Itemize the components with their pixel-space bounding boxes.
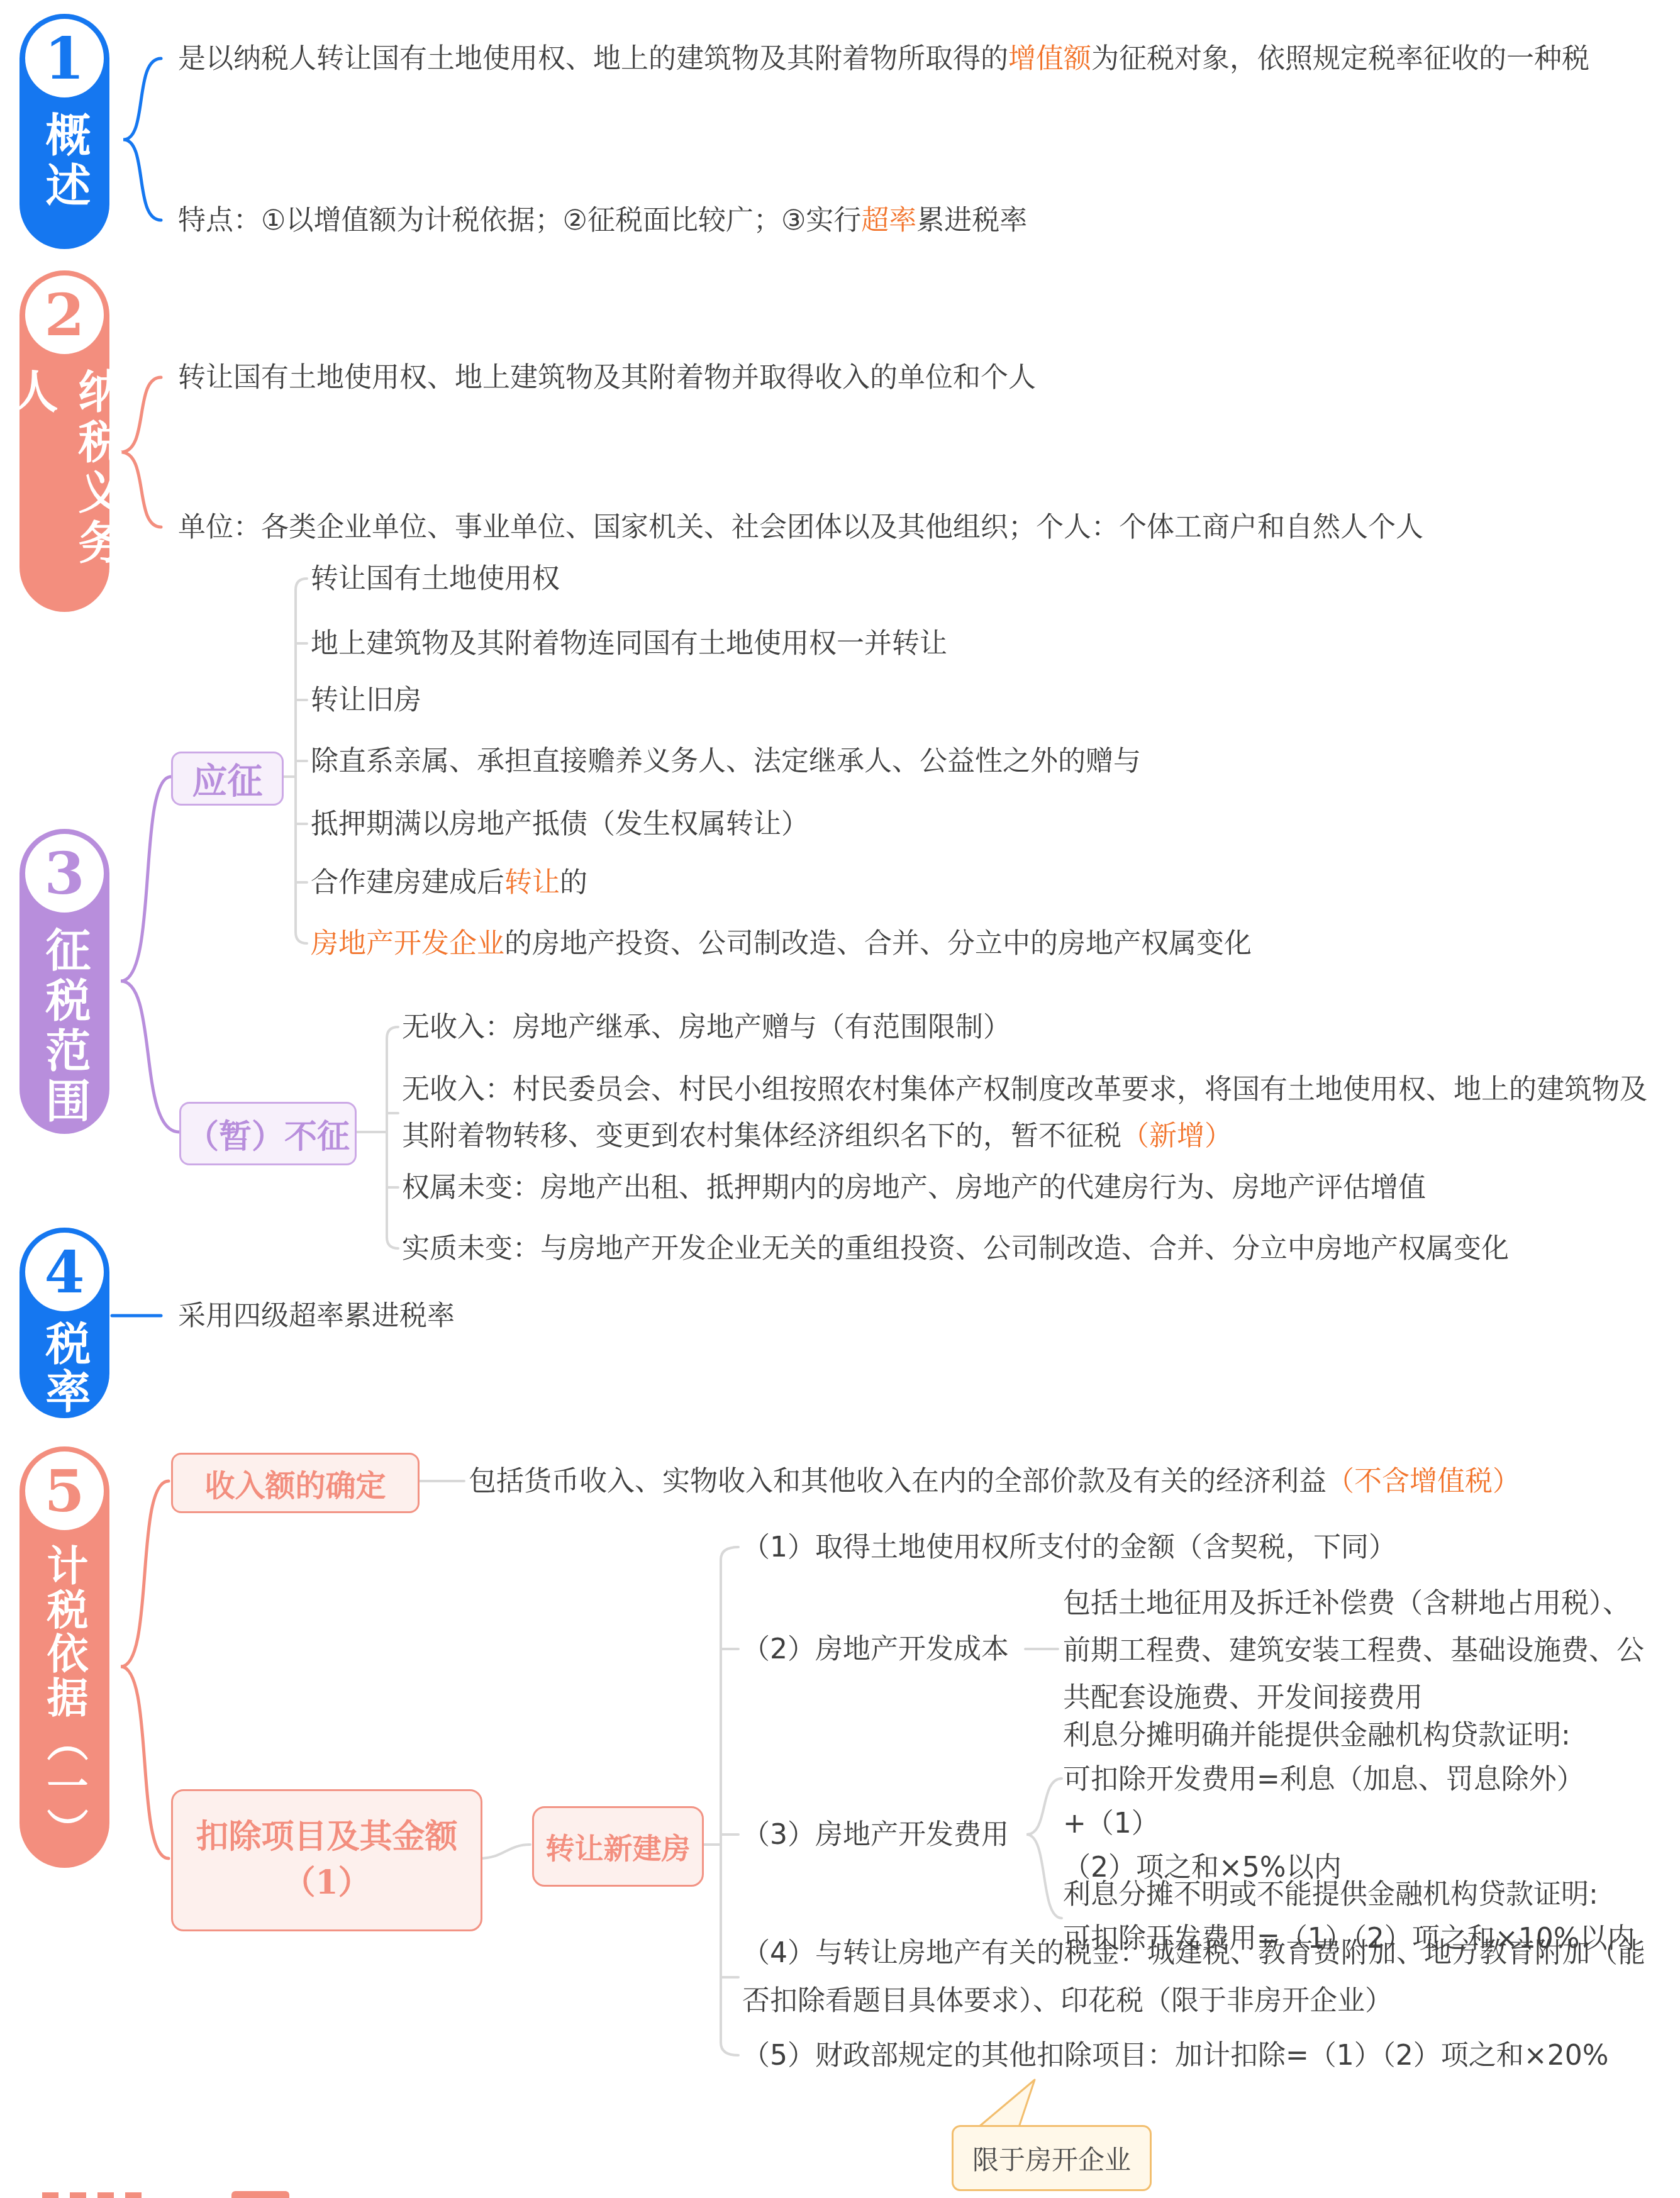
node-5-number: 5 (25, 1451, 104, 1530)
taxpayer-definition[interactable]: 转让国有土地使用权、地上建筑物及其附着物并取得收入的单位和个人 (178, 360, 1036, 395)
deduction-item-1[interactable]: （1）取得土地使用权所支付的金额（含契税，下同） (742, 1530, 1396, 1565)
taxable-label[interactable]: 应征 (171, 752, 284, 806)
cutoff-next-node-text (42, 2192, 146, 2198)
deduction-items-label-line1: 扣除项目及其金额 (196, 1814, 457, 1860)
node-4-tax-rate[interactable]: 4 税率 (19, 1228, 109, 1418)
taxable-item-4[interactable]: 除直系亲属、承担直接赡养义务人、法定继承人、公益性之外的赠与 (311, 744, 1141, 779)
deduction-items-label-line2: （1） (282, 1860, 370, 1906)
node-1-overview[interactable]: 1 概述 (19, 14, 109, 249)
node-1-number: 1 (25, 19, 104, 97)
nontaxable-item-3[interactable]: 权属未变：房地产出租、抵押期内的房地产、房地产的代建房行为、房地产评估增值 (402, 1170, 1426, 1205)
taxable-item-3[interactable]: 转让旧房 (311, 683, 421, 718)
deduction-item-2-label[interactable]: （2）房地产开发成本 (742, 1632, 1009, 1667)
deduction-item-3-label[interactable]: （3）房地产开发费用 (742, 1818, 1009, 1852)
deduction-item-3-case-a[interactable]: 利息分摊明确并能提供金融机构贷款证明: 可扣除开发费用=利息（加息、罚息除外）+… (1063, 1714, 1680, 1890)
taxable-item-6[interactable]: 合作建房建成后转让的 (311, 865, 587, 900)
node-5-title: 计税依据（一） (35, 1544, 94, 1852)
nontaxable-label[interactable]: （暂）不征 (179, 1102, 357, 1165)
node-5-tax-basis[interactable]: 5 计税依据（一） (19, 1446, 109, 1868)
nontaxable-item-4[interactable]: 实质未变：与房地产开发企业无关的重组投资、公司制改造、合并、分立中房地产权属变化 (402, 1231, 1509, 1266)
taxable-item-2[interactable]: 地上建筑物及其附着物连同国有土地使用权一并转让 (311, 626, 947, 661)
overview-features[interactable]: 特点：①以增值额为计税依据；②征税面比较广；③实行超率累进税率 (178, 203, 1027, 238)
mindmap-canvas: 1 概述 2 纳税义务人 3 征税范围 4 税率 5 计税依据（一） 是以纳税人… (0, 0, 1680, 2198)
deduction-item-2-desc[interactable]: 包括土地征用及拆迁补偿费（含耕地占用税）、 前期工程费、建筑安装工程费、基础设施… (1063, 1580, 1644, 1721)
nontaxable-item-2[interactable]: 无收入：村民委员会、村民小组按照农村集体产权制度改革要求，将国有土地使用权、地上… (402, 1067, 1647, 1160)
node-3-number: 3 (25, 834, 104, 913)
node-3-title: 征税范围 (32, 926, 97, 1128)
node-3-scope[interactable]: 3 征税范围 (19, 829, 109, 1134)
developer-only-callout[interactable]: 限于房开企业 (952, 2125, 1152, 2191)
node-2-number: 2 (25, 275, 104, 354)
node-4-title: 税率 (32, 1320, 97, 1416)
taxpayer-units-individuals[interactable]: 单位：各类企业单位、事业单位、国家机关、社会团体以及其他组织；个人：个体工商户和… (178, 510, 1423, 545)
deduction-item-4[interactable]: （4）与转让房地产有关的税金：城建税、教育费附加、地方教育附加（能 否扣除看题目… (742, 1929, 1645, 2025)
cutoff-next-node-box (231, 2191, 289, 2198)
taxable-item-5[interactable]: 抵押期满以房地产抵债（发生权属转让） (311, 807, 809, 841)
taxable-item-7[interactable]: 房地产开发企业的房地产投资、公司制改造、合并、分立中的房地产权属变化 (311, 926, 1252, 961)
node-2-title: 纳税义务人 (0, 368, 130, 612)
taxable-item-1[interactable]: 转让国有土地使用权 (311, 562, 560, 596)
new-building-transfer-label[interactable]: 转让新建房 (532, 1806, 704, 1887)
overview-definition[interactable]: 是以纳税人转让国有土地使用权、地上的建筑物及其附着物所取得的增值额为征税对象，依… (178, 42, 1589, 76)
node-2-taxpayers[interactable]: 2 纳税义务人 (19, 270, 109, 612)
node-1-title: 概述 (32, 111, 97, 212)
deduction-items-label[interactable]: 扣除项目及其金额 （1） (171, 1789, 482, 1931)
income-amount-desc[interactable]: 包括货币收入、实物收入和其他收入在内的全部价款及有关的经济利益（不含增值税） (469, 1464, 1520, 1499)
tax-rate-note[interactable]: 采用四级超率累进税率 (178, 1299, 455, 1333)
deduction-item-5[interactable]: （5）财政部规定的其他扣除项目：加计扣除=（1）（2）项之和×20% (742, 2038, 1609, 2073)
nontaxable-item-1[interactable]: 无收入：房地产继承、房地产赠与（有范围限制） (402, 1010, 1011, 1045)
node-4-number: 4 (25, 1233, 104, 1311)
income-amount-label[interactable]: 收入额的确定 (171, 1453, 420, 1513)
